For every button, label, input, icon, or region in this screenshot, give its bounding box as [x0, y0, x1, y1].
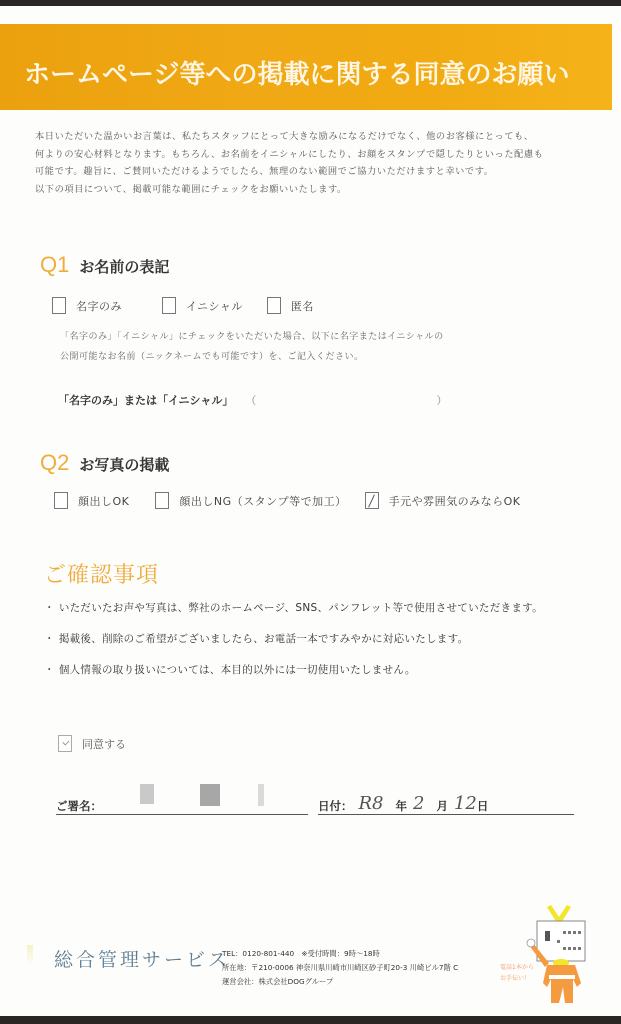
- tel-line: TEL：0120-801-440 ※受付時間：9時〜18時: [222, 947, 458, 961]
- q2-heading: Q2 お写真の掲載: [40, 450, 169, 476]
- checkbox[interactable]: [54, 492, 68, 509]
- q2-option-face-ng[interactable]: 顔出しNG（スタンプ等で加工）: [155, 492, 346, 509]
- date-label: 日付：: [318, 798, 353, 814]
- checkbox[interactable]: [52, 297, 66, 314]
- option-label: 名字のみ: [76, 298, 122, 314]
- redacted-signature-block: [258, 784, 264, 806]
- signature-field[interactable]: ご署名：: [56, 788, 308, 815]
- title-banner: ホームページ等への掲載に関する同意のお願い: [0, 24, 612, 110]
- q2-options: 顔出しOK 顔出しNG（スタンプ等で加工） 手元や雰囲気のみならOK: [54, 492, 547, 509]
- q1-options: 名字のみ イニシャル 匿名: [52, 297, 340, 314]
- q2-option-face-ok[interactable]: 顔出しOK: [54, 492, 129, 509]
- confirm-list: いただいたお声や写真は、弊社のホームページ、SNS、パンフレット等で使用させてい…: [44, 600, 543, 693]
- intro-text: 本日いただいた温かいお言葉は、私たちスタッフにとって大きな励みになるだけでなく、…: [35, 128, 595, 198]
- redacted-signature-block: [200, 784, 220, 806]
- confirm-item: 掲載後、削除のご希望がございましたら、お電話一本ですみやかに対応いたします。: [44, 631, 543, 662]
- option-label: 顔出しNG（スタンプ等で加工）: [179, 493, 346, 509]
- note-line: 「名字のみ」「イニシャル」にチェックをいただいた場合、以下に名字またはイニシャル…: [60, 327, 444, 347]
- note-line: 公開可能なお名前（ニックネームでも可能です）を、ご記入ください。: [60, 347, 444, 367]
- display-name-label: 「名字のみ」または「イニシャル」: [58, 392, 233, 408]
- address-line: 所在地：〒210-0006 神奈川県川崎市川崎区砂子町20-3 川崎ビル7階 C: [222, 961, 458, 975]
- operator-line: 運営会社：株式会社DOGグループ: [222, 975, 458, 989]
- q1-option-surname[interactable]: 名字のみ: [52, 297, 122, 314]
- q1-title: お名前の表記: [79, 256, 169, 277]
- q2-option-hands-only[interactable]: 手元や雰囲気のみならOK: [365, 492, 521, 509]
- q2-number: Q2: [40, 450, 69, 476]
- checkbox-checked[interactable]: [365, 492, 379, 509]
- page-title: ホームページ等への掲載に関する同意のお願い: [24, 54, 569, 91]
- option-label: 顔出しOK: [78, 493, 129, 509]
- q1-option-initial[interactable]: イニシャル: [162, 297, 243, 314]
- intro-line: 本日いただいた温かいお言葉は、私たちスタッフにとって大きな励みになるだけでなく、…: [35, 128, 595, 146]
- year-unit: 年: [396, 798, 408, 814]
- agree-option[interactable]: 同意する: [58, 735, 126, 752]
- redacted-signature-block: [140, 784, 154, 804]
- q2-title: お写真の掲載: [79, 454, 169, 475]
- confirm-item: 個人情報の取り扱いについては、本目的以外には一切使用いたしません。: [44, 662, 543, 693]
- mascot-illustration: [523, 903, 603, 1008]
- checkbox[interactable]: [155, 492, 169, 509]
- month-value[interactable]: 2: [413, 793, 424, 814]
- q1-number: Q1: [40, 252, 69, 278]
- signature-label: ご署名：: [56, 798, 102, 814]
- intro-line: 可能です。趣旨に、ご賛同いただけるようでしたら、無理のない範囲でご協力いただけま…: [35, 163, 595, 181]
- year-value[interactable]: R8: [359, 793, 384, 814]
- option-label: イニシャル: [186, 298, 243, 314]
- checkbox[interactable]: [162, 297, 176, 314]
- display-name-input[interactable]: [256, 392, 436, 408]
- confirm-item: いただいたお声や写真は、弊社のホームページ、SNS、パンフレット等で使用させてい…: [44, 600, 543, 631]
- date-field[interactable]: 日付： R8 年 2 月 12 日: [318, 788, 574, 815]
- display-name-field: 「名字のみ」または「イニシャル」 （ ）: [58, 392, 447, 408]
- logo-mark: [27, 945, 33, 965]
- option-label: 手元や雰囲気のみならOK: [389, 493, 521, 509]
- intro-line: 以下の項目について、掲載可能な範囲にチェックをお願いいたします。: [35, 181, 595, 199]
- option-label: 匿名: [291, 298, 314, 314]
- day-unit: 日: [477, 798, 489, 814]
- q1-note: 「名字のみ」「イニシャル」にチェックをいただいた場合、以下に名字またはイニシャル…: [60, 327, 444, 367]
- agree-checkbox[interactable]: [58, 735, 72, 752]
- confirm-heading: ご確認事項: [44, 558, 159, 589]
- close-paren: ）: [436, 392, 447, 408]
- company-info: TEL：0120-801-440 ※受付時間：9時〜18時 所在地：〒210-0…: [222, 947, 458, 989]
- agree-label: 同意する: [82, 736, 126, 752]
- intro-line: 何よりの安心材料となります。もちろん、お名前をイニシャルにしたり、お顔をスタンプ…: [35, 146, 595, 164]
- q1-option-anonymous[interactable]: 匿名: [267, 297, 314, 314]
- open-paren: （: [245, 392, 256, 408]
- company-logo: 総合管理サービス: [54, 945, 230, 972]
- checkbox[interactable]: [267, 297, 281, 314]
- q1-heading: Q1 お名前の表記: [40, 252, 169, 278]
- month-unit: 月: [436, 798, 448, 814]
- day-value[interactable]: 12: [454, 793, 477, 814]
